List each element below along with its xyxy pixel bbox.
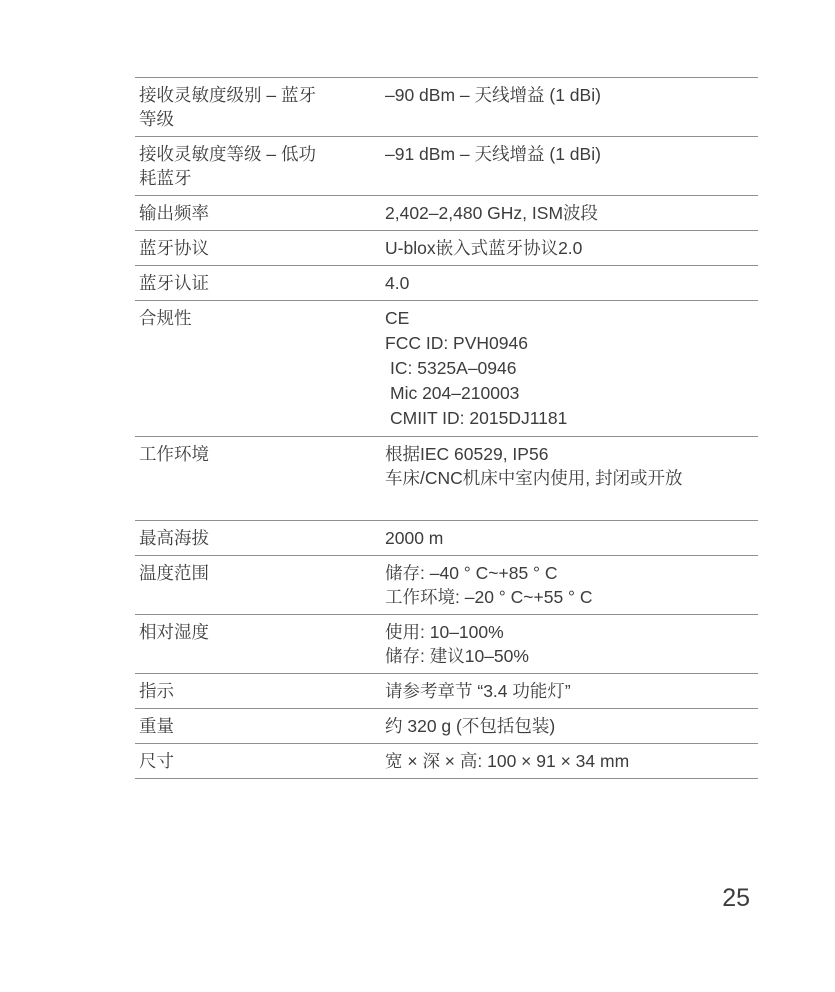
spec-label: 接收灵敏度级别 – 蓝牙 等级 xyxy=(135,83,385,131)
spec-value-line: 宽 × 深 × 高: 100 × 91 × 34 mm xyxy=(385,749,758,773)
spec-value-line: 约 320 g (不包括包装) xyxy=(385,714,758,738)
spec-label: 相对湿度 xyxy=(135,620,385,668)
spec-value: –91 dBm – 天线增益 (1 dBi) xyxy=(385,142,758,190)
spec-value-line: –90 dBm – 天线增益 (1 dBi) xyxy=(385,83,758,107)
spec-label: 输出频率 xyxy=(135,201,385,225)
spec-value: 请参考章节 “3.4 功能灯” xyxy=(385,679,758,703)
table-row: 接收灵敏度等级 – 低功 耗蓝牙 –91 dBm – 天线增益 (1 dBi) xyxy=(135,137,758,196)
spec-value: 2000 m xyxy=(385,526,758,550)
spec-label: 蓝牙认证 xyxy=(135,271,385,295)
spec-label-line: 蓝牙认证 xyxy=(139,271,385,295)
spec-value-line: 2,402–2,480 GHz, ISM波段 xyxy=(385,201,758,225)
spec-label-line: 最高海拔 xyxy=(139,526,385,550)
table-row: 尺寸 宽 × 深 × 高: 100 × 91 × 34 mm xyxy=(135,744,758,779)
spec-value: 约 320 g (不包括包装) xyxy=(385,714,758,738)
spec-label-line: 耗蓝牙 xyxy=(139,166,385,190)
spec-label: 蓝牙协议 xyxy=(135,236,385,260)
spec-value-line: CMIIT ID: 2015DJ1181 xyxy=(385,406,758,431)
spec-value-line: 车床/CNC机床中室内使用, 封闭或开放 xyxy=(385,466,758,490)
spec-value: –90 dBm – 天线增益 (1 dBi) xyxy=(385,83,758,131)
spec-label-line: 等级 xyxy=(139,107,385,131)
spec-value: 2,402–2,480 GHz, ISM波段 xyxy=(385,201,758,225)
spec-value: 4.0 xyxy=(385,271,758,295)
table-row: 相对湿度 使用: 10–100% 储存: 建议10–50% xyxy=(135,615,758,674)
table-row: 工作环境 根据IEC 60529, IP56 车床/CNC机床中室内使用, 封闭… xyxy=(135,437,758,521)
spec-label-line: 接收灵敏度等级 – 低功 xyxy=(139,142,385,166)
spec-value-line: Mic 204–210003 xyxy=(385,381,758,406)
spec-label: 合规性 xyxy=(135,306,385,431)
spec-label: 指示 xyxy=(135,679,385,703)
spec-value: 储存: –40 ° C~+85 ° C 工作环境: –20 ° C~+55 ° … xyxy=(385,561,758,609)
spec-value-line: 4.0 xyxy=(385,271,758,295)
spec-value-line: 工作环境: –20 ° C~+55 ° C xyxy=(385,585,758,609)
spec-label: 重量 xyxy=(135,714,385,738)
spec-value-line: 储存: –40 ° C~+85 ° C xyxy=(385,561,758,585)
spec-value-line: 请参考章节 “3.4 功能灯” xyxy=(385,679,758,703)
spec-label: 接收灵敏度等级 – 低功 耗蓝牙 xyxy=(135,142,385,190)
spec-table: 接收灵敏度级别 – 蓝牙 等级 –90 dBm – 天线增益 (1 dBi) 接… xyxy=(135,77,758,779)
spec-label-line: 合规性 xyxy=(139,306,385,331)
spec-value-line: 根据IEC 60529, IP56 xyxy=(385,442,758,466)
spec-value: CE FCC ID: PVH0946 IC: 5325A–0946 Mic 20… xyxy=(385,306,758,431)
spec-label: 工作环境 xyxy=(135,442,385,490)
spec-value: 宽 × 深 × 高: 100 × 91 × 34 mm xyxy=(385,749,758,773)
table-row: 温度范围 储存: –40 ° C~+85 ° C 工作环境: –20 ° C~+… xyxy=(135,556,758,615)
spec-value-line: U-blox嵌入式蓝牙协议2.0 xyxy=(385,236,758,260)
spec-label-line: 指示 xyxy=(139,679,385,703)
spec-label-line: 工作环境 xyxy=(139,442,385,466)
spec-label: 最高海拔 xyxy=(135,526,385,550)
spec-label-line: 蓝牙协议 xyxy=(139,236,385,260)
spec-value-line: CE xyxy=(385,306,758,331)
spec-value-line: 使用: 10–100% xyxy=(385,620,758,644)
document-page: 接收灵敏度级别 – 蓝牙 等级 –90 dBm – 天线增益 (1 dBi) 接… xyxy=(0,0,835,992)
table-row: 蓝牙认证 4.0 xyxy=(135,266,758,301)
spec-value: 使用: 10–100% 储存: 建议10–50% xyxy=(385,620,758,668)
spec-label-line: 输出频率 xyxy=(139,201,385,225)
table-row: 指示 请参考章节 “3.4 功能灯” xyxy=(135,674,758,709)
spec-value-line: 储存: 建议10–50% xyxy=(385,644,758,668)
table-row: 重量 约 320 g (不包括包装) xyxy=(135,709,758,744)
spec-value-line: IC: 5325A–0946 xyxy=(385,356,758,381)
spec-label: 尺寸 xyxy=(135,749,385,773)
spec-value: U-blox嵌入式蓝牙协议2.0 xyxy=(385,236,758,260)
spec-value-line: –91 dBm – 天线增益 (1 dBi) xyxy=(385,142,758,166)
table-row: 最高海拔 2000 m xyxy=(135,521,758,556)
table-row: 合规性 CE FCC ID: PVH0946 IC: 5325A–0946 Mi… xyxy=(135,301,758,437)
spec-label-line: 尺寸 xyxy=(139,749,385,773)
spec-label-line: 温度范围 xyxy=(139,561,385,585)
spec-value: 根据IEC 60529, IP56 车床/CNC机床中室内使用, 封闭或开放 xyxy=(385,442,758,490)
page-number: 25 xyxy=(722,884,750,912)
table-row: 输出频率 2,402–2,480 GHz, ISM波段 xyxy=(135,196,758,231)
table-row: 接收灵敏度级别 – 蓝牙 等级 –90 dBm – 天线增益 (1 dBi) xyxy=(135,78,758,137)
spec-value-line: FCC ID: PVH0946 xyxy=(385,331,758,356)
spec-label: 温度范围 xyxy=(135,561,385,609)
spec-label-line: 相对湿度 xyxy=(139,620,385,644)
spec-value-line: 2000 m xyxy=(385,526,758,550)
spec-label-line: 接收灵敏度级别 – 蓝牙 xyxy=(139,83,385,107)
spec-label-line: 重量 xyxy=(139,714,385,738)
table-row: 蓝牙协议 U-blox嵌入式蓝牙协议2.0 xyxy=(135,231,758,266)
